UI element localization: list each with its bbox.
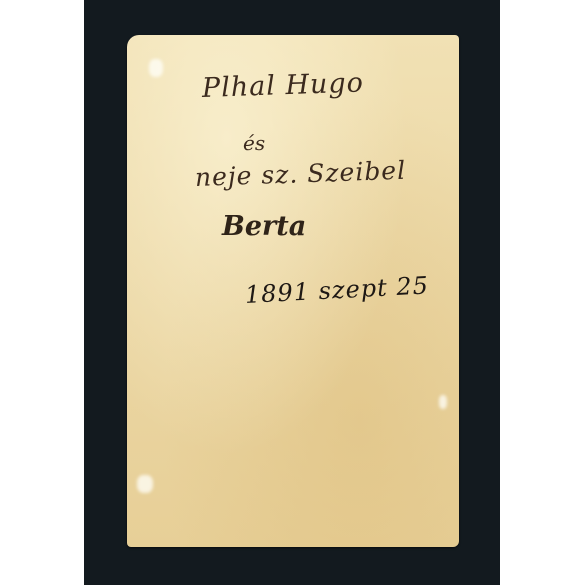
inscription-name: Plhal Hugo — [201, 67, 364, 104]
worn-spot — [149, 59, 163, 77]
inscription-and: és — [243, 131, 265, 155]
inscription-wife: neje sz. Szeibel — [194, 156, 406, 192]
worn-spot — [439, 395, 447, 409]
inscription-wife-name: Berta — [222, 211, 306, 242]
photo-card-back: Plhal Hugo és neje sz. Szeibel Berta 189… — [127, 35, 459, 547]
worn-spot — [137, 475, 153, 493]
inscription-date: 1891 szept 25 — [244, 271, 429, 309]
